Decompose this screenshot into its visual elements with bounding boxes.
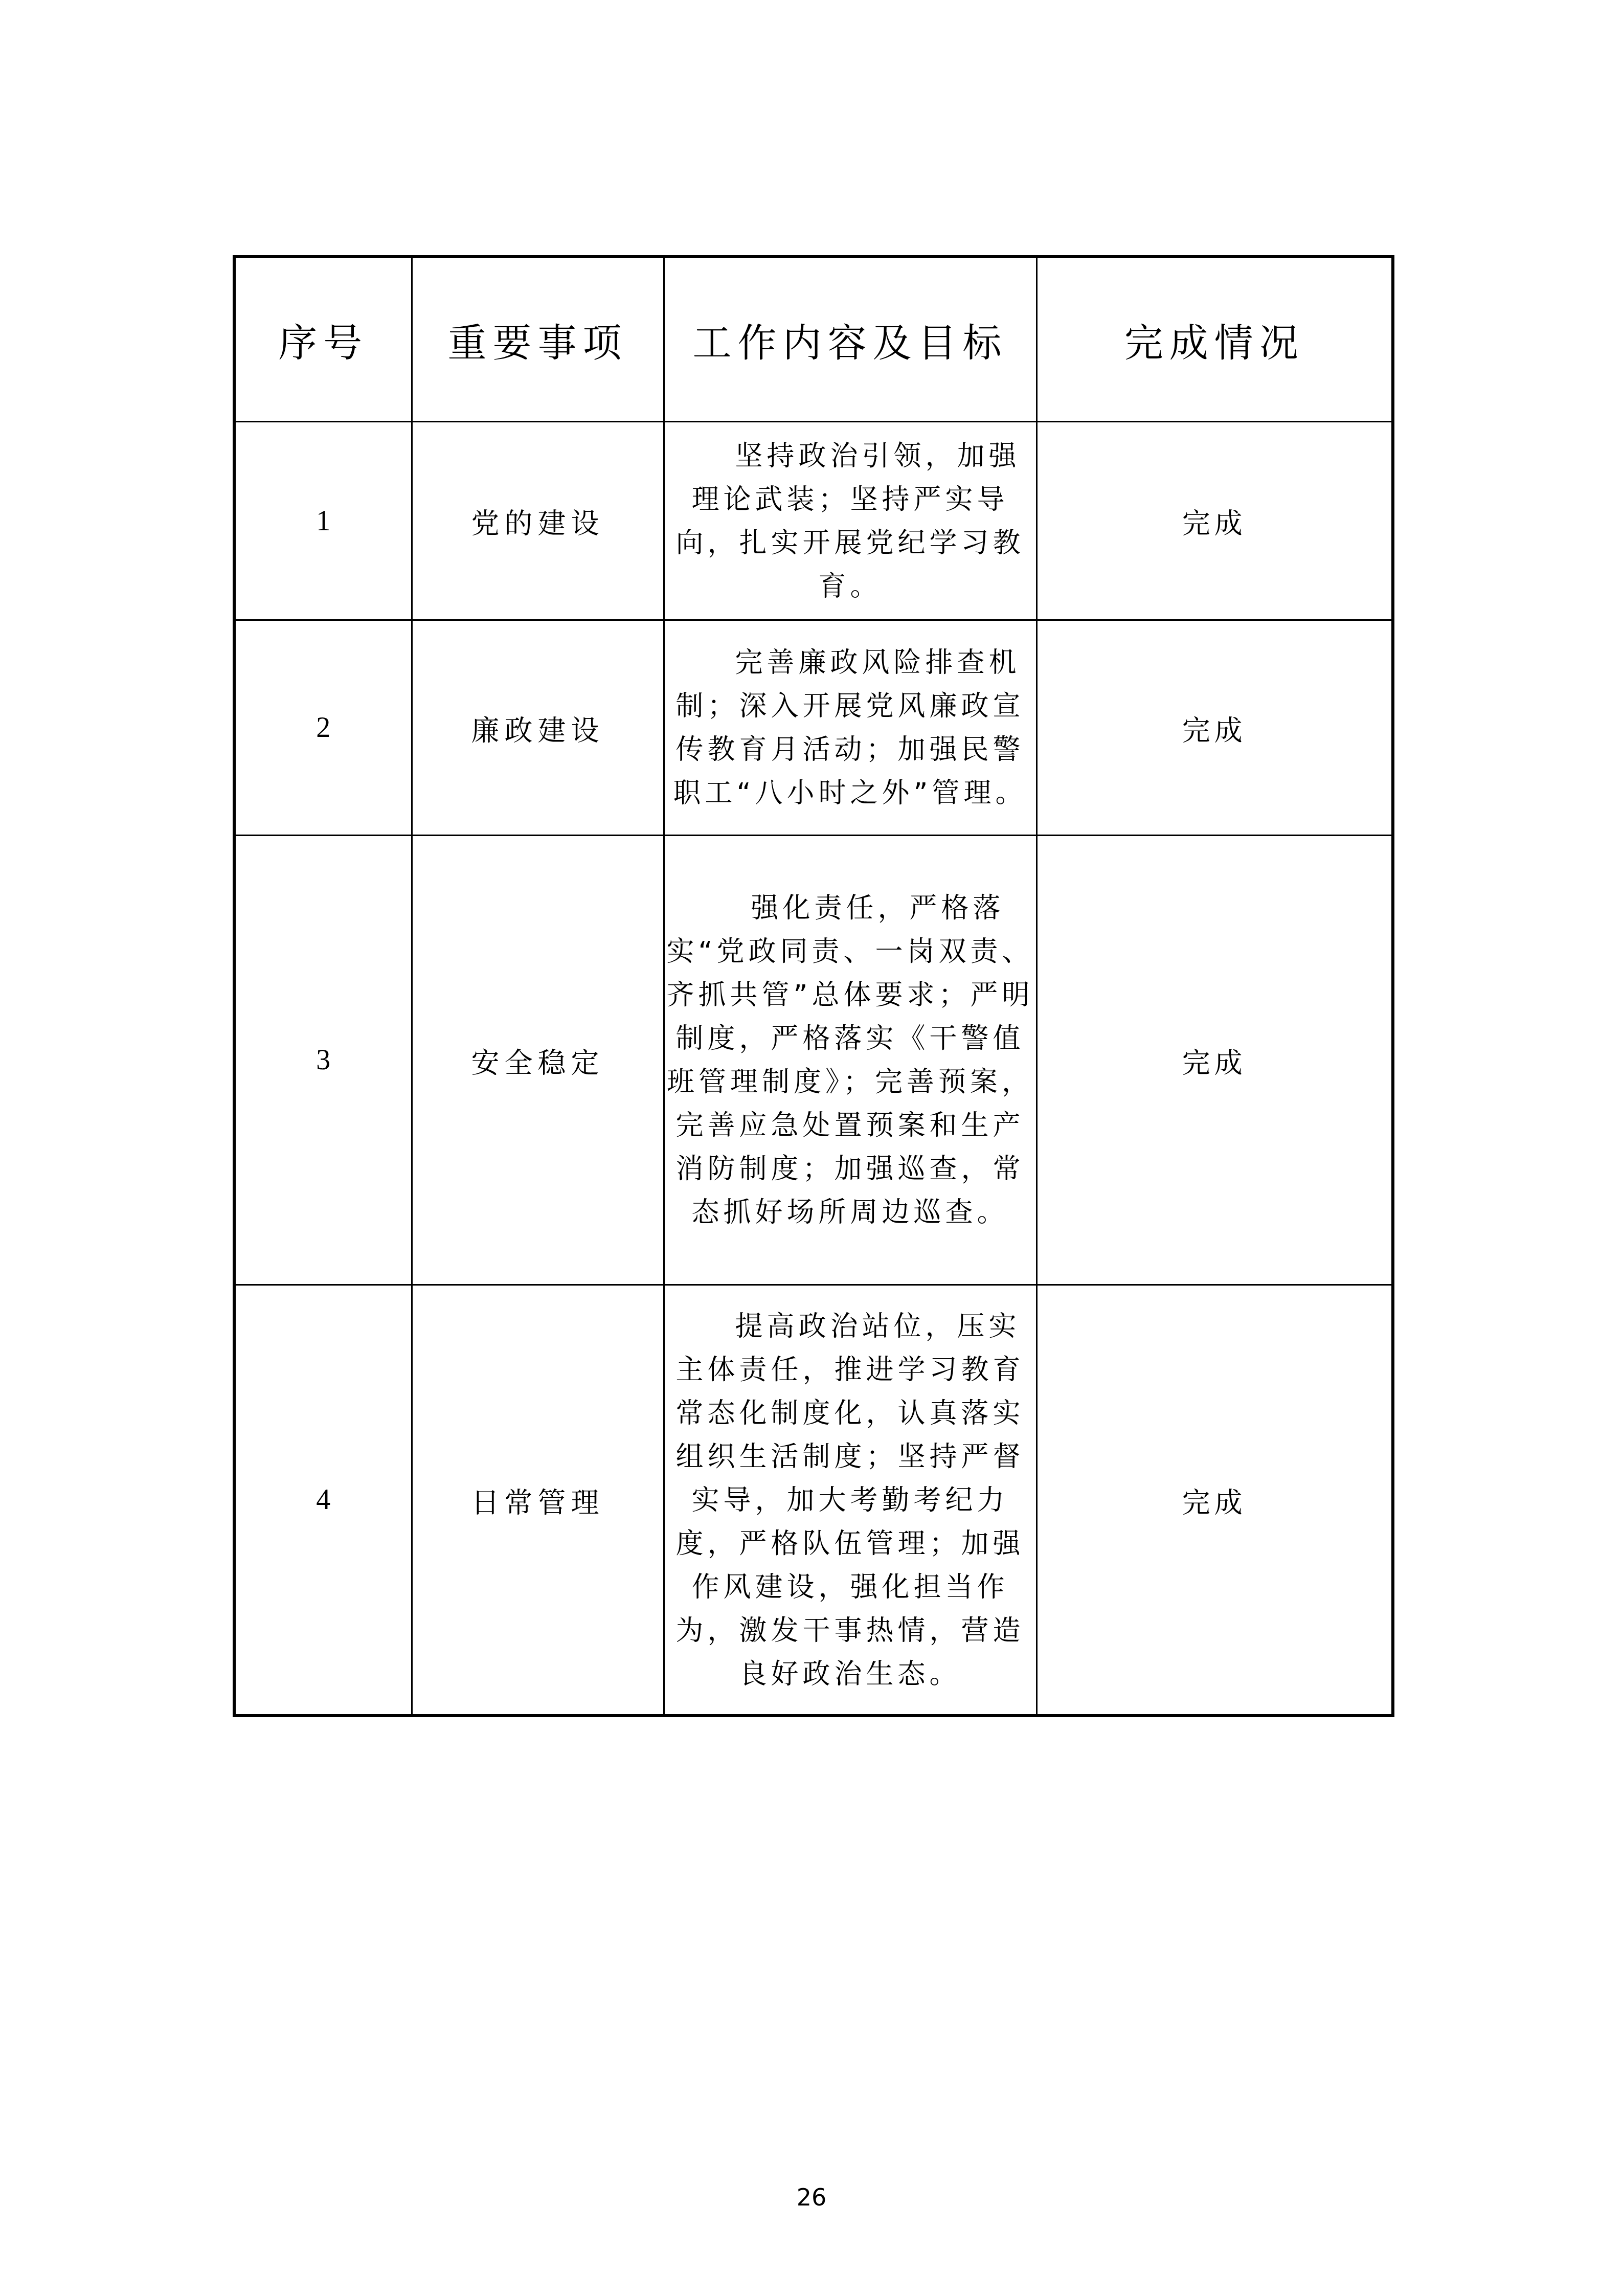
header-status: 完成情况 xyxy=(1036,257,1393,422)
header-item: 重要事项 xyxy=(412,257,664,422)
row-status: 完成 xyxy=(1036,1285,1393,1716)
row-item: 安全稳定 xyxy=(412,836,664,1285)
header-index: 序号 xyxy=(234,257,412,422)
header-content: 工作内容及目标 xyxy=(664,257,1036,422)
table-row: 3 安全稳定 强化责任，严格落实“党政同责、一岗双责、齐抓共管”总体要求；严明制… xyxy=(234,836,1393,1285)
table-row: 1 党的建设 坚持政治引领，加强理论武装；坚持严实导向，扎实开展党纪学习教育。 … xyxy=(234,422,1393,620)
row-index: 3 xyxy=(234,836,412,1285)
row-content: 坚持政治引领，加强理论武装；坚持严实导向，扎实开展党纪学习教育。 xyxy=(664,422,1036,620)
row-status: 完成 xyxy=(1036,422,1393,620)
row-content-text: 强化责任，严格落实“党政同责、一岗双责、齐抓共管”总体要求；严明制度，严格落实《… xyxy=(665,886,1036,1234)
row-status: 完成 xyxy=(1036,620,1393,836)
row-item: 廉政建设 xyxy=(412,620,664,836)
row-content-text: 完善廉政风险排查机制；深入开展党风廉政宣传教育月活动；加强民警职工“八小时之外”… xyxy=(665,641,1036,815)
row-index: 2 xyxy=(234,620,412,836)
document-page: 序号 重要事项 工作内容及目标 完成情况 1 党的建设 坚持政治引领，加强理论武… xyxy=(0,0,1623,2296)
row-content-text: 坚持政治引领，加强理论武装；坚持严实导向，扎实开展党纪学习教育。 xyxy=(665,434,1036,608)
table-row: 4 日常管理 提高政治站位，压实主体责任，推进学习教育常态化制度化，认真落实组织… xyxy=(234,1285,1393,1716)
row-index: 4 xyxy=(234,1285,412,1716)
page-number: 26 xyxy=(0,2184,1623,2211)
row-item: 党的建设 xyxy=(412,422,664,620)
row-content: 强化责任，严格落实“党政同责、一岗双责、齐抓共管”总体要求；严明制度，严格落实《… xyxy=(664,836,1036,1285)
row-index: 1 xyxy=(234,422,412,620)
row-status: 完成 xyxy=(1036,836,1393,1285)
table-row: 2 廉政建设 完善廉政风险排查机制；深入开展党风廉政宣传教育月活动；加强民警职工… xyxy=(234,620,1393,836)
row-content: 完善廉政风险排查机制；深入开展党风廉政宣传教育月活动；加强民警职工“八小时之外”… xyxy=(664,620,1036,836)
row-item: 日常管理 xyxy=(412,1285,664,1716)
row-content-text: 提高政治站位，压实主体责任，推进学习教育常态化制度化，认真落实组织生活制度；坚持… xyxy=(665,1304,1036,1696)
table-header-row: 序号 重要事项 工作内容及目标 完成情况 xyxy=(234,257,1393,422)
work-summary-table: 序号 重要事项 工作内容及目标 完成情况 1 党的建设 坚持政治引领，加强理论武… xyxy=(233,255,1394,1717)
row-content: 提高政治站位，压实主体责任，推进学习教育常态化制度化，认真落实组织生活制度；坚持… xyxy=(664,1285,1036,1716)
